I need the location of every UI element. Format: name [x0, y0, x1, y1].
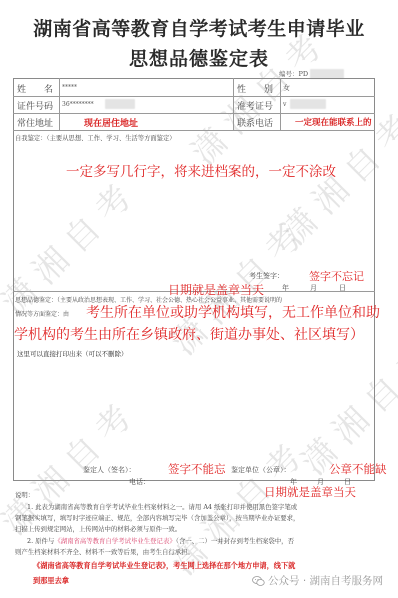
col-divider [280, 78, 281, 130]
wechat-branding: 公众号 · 湖南自考服务网 [252, 573, 383, 588]
note-2-line2: 则产生档案材料不齐全、材料不一致等后果，由考生自行承担。 [15, 547, 194, 558]
moral-annotation-line2: 学机构的考生由所在乡镇政府、街道办事处、社区填写） [14, 324, 364, 344]
row-divider [13, 130, 375, 131]
unit-annotation: 公章不能缺 [329, 461, 387, 477]
branding-text: 公众号 · 湖南自考服务网 [268, 575, 383, 587]
unit-label: 鉴定单位（公章）： [231, 465, 291, 475]
row-divider [13, 113, 375, 114]
serial-label: 编号：PD [279, 70, 308, 78]
note-2-prefix: 2. 原件与 [27, 537, 54, 545]
date-year: 年 [282, 283, 289, 293]
note-1-line3: 扫描上传到规定网站，上传网站中的材料必须与原件一致。 [15, 524, 181, 535]
address-label: 常住地址 [17, 116, 53, 129]
document-title-line1: 湖南省高等教育自学考试考生申请毕业 [0, 14, 398, 41]
signature-annotation: 签字不忘记 [309, 268, 364, 284]
moral-date-annotation: 日期就是盖章当天 [264, 484, 356, 500]
note-2-suffix: （含一、二）一并封存到考生档案袋中，否 [176, 537, 294, 545]
name-label: 姓 名 [17, 82, 53, 95]
id-number-label: 证件号码 [17, 99, 53, 112]
date-month: 月 [310, 283, 317, 293]
document-title-line2: 思想品德鉴定表 [0, 44, 398, 71]
moral-assessment-label-cont: 情况等方面鉴定：由 [15, 309, 69, 318]
note-2-line1: 2. 原件与《湖南省高等教育自学考试毕业生登记表》（含一、二）一并封存到考生档案… [27, 536, 294, 547]
redacted-exam-number [290, 99, 326, 109]
address-annotation: 现在居住地址 [84, 116, 138, 129]
exam-number-value: v [283, 101, 286, 108]
registration-form-link: 《湖南省高等教育自学考试毕业生登记表》 [54, 537, 175, 545]
col-divider [233, 78, 234, 130]
note-1-line2: 钢笔据实填写，填写时字迹应端正、规范，全部内容填写完毕（含加盖公章），按当期毕业… [15, 513, 299, 524]
student-signature-label: 考生签字： [249, 271, 284, 281]
assessor-annotation: 签字不能忘 [168, 461, 226, 477]
footer-annotation-line2: 到那里去拿 [33, 576, 69, 586]
date-day: 日 [339, 283, 346, 293]
footer-annotation-line1: 《湖南省高等教育自学考试毕业生登记表》，考生网上选择在那个地方申请，线下就 [33, 561, 295, 571]
row-divider [13, 96, 375, 97]
phone-annotation: 一定现在能联系上的 [295, 116, 372, 128]
col-divider [59, 78, 60, 130]
redacted-id [105, 99, 135, 109]
note-1-line1: 1. 此表为湖南省高等教育自学考试毕业生档案材料之一。请用 A4 纸张打印并使用… [27, 502, 297, 513]
moral-annotation-line1: 考生所在单位或助学机构填写，无工作单位和助 [86, 302, 380, 322]
assessor-phone-label: 电话： [129, 477, 150, 487]
notes-heading: 说明： [15, 490, 34, 501]
phone-label: 联系电话 [237, 116, 273, 129]
id-number-value: 36******** [62, 101, 94, 108]
self-assessment-annotation: 一定多写几行字，将来进档案的，一定不涂改 [66, 160, 336, 180]
print-note: 这里可以直接打印出来（可以不删除） [17, 349, 128, 358]
name-value: ***** [62, 84, 77, 91]
assessor-label: 鉴定人（签名）： [83, 465, 136, 475]
gender-label: 性 别 [237, 82, 273, 95]
self-assessment-label: 自我鉴定：（主要从思想、工作、学习、生活等方面鉴定） [15, 133, 176, 142]
wechat-icon [252, 576, 265, 586]
exam-number-label: 准考证号 [237, 99, 273, 112]
gender-value: 女 [283, 83, 290, 93]
